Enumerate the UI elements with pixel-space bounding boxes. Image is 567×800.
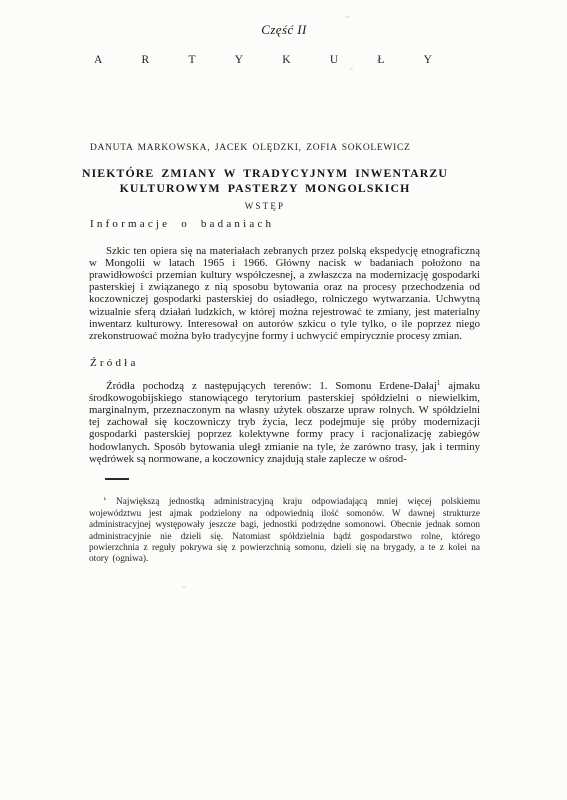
- series-letter: R: [142, 54, 150, 66]
- article-title: NIEKTÓRE ZMIANY W TRADYCYJNYM INWENTARZU…: [60, 166, 470, 195]
- footnote-separator-rule: [105, 478, 129, 480]
- subtitle-wstep: WSTĘP: [60, 201, 470, 211]
- series-letter: U: [330, 54, 338, 66]
- part-label: Część II: [89, 22, 479, 38]
- series-letter: Y: [235, 54, 243, 66]
- scan-speck: [350, 68, 353, 70]
- scan-speck: [182, 586, 186, 588]
- article-title-line1: NIEKTÓRE ZMIANY W TRADYCYJNYM INWENTARZU: [60, 166, 470, 181]
- authors-line: DANUTA MARKOWSKA, JACEK OLĘDZKI, ZOFIA S…: [90, 143, 480, 153]
- scan-speck: [345, 16, 350, 18]
- article-title-line2: KULTUROWYM PASTERZY MONGOLSKICH: [60, 181, 470, 196]
- series-letter: A: [94, 54, 102, 66]
- section-heading-zrodla: Źródła: [90, 357, 480, 369]
- paragraph-informacje: Szkic ten opiera się na materiałach zebr…: [89, 245, 480, 369]
- paragraph-zrodla-continuation: ajmaku środkowogobijskiego stanowiącego …: [89, 380, 480, 465]
- series-letter: Y: [424, 54, 432, 66]
- paragraph-zrodla-text: Źródła pochodzą z następujących terenów:…: [106, 380, 437, 392]
- footnote: 1 Największą jednostką administracyjną k…: [89, 497, 480, 569]
- footnote-reference-marker: 1: [437, 380, 441, 387]
- series-letter: T: [188, 54, 195, 66]
- section-heading-informacje: Informacje o badaniach: [90, 218, 480, 230]
- footnote-marker: 1: [103, 497, 107, 502]
- footnote-text: Największą jednostką administracyjną kra…: [89, 497, 480, 564]
- series-letter: Ł: [377, 54, 384, 66]
- scanned-document-page: Część II A R T Y K U Ł Y DANUTA MARKOWSK…: [0, 0, 567, 800]
- paragraph-zrodla: Źródła pochodzą z następujących terenów:…: [89, 380, 480, 480]
- series-title: A R T Y K U Ł Y: [94, 54, 432, 66]
- series-letter: K: [282, 54, 290, 66]
